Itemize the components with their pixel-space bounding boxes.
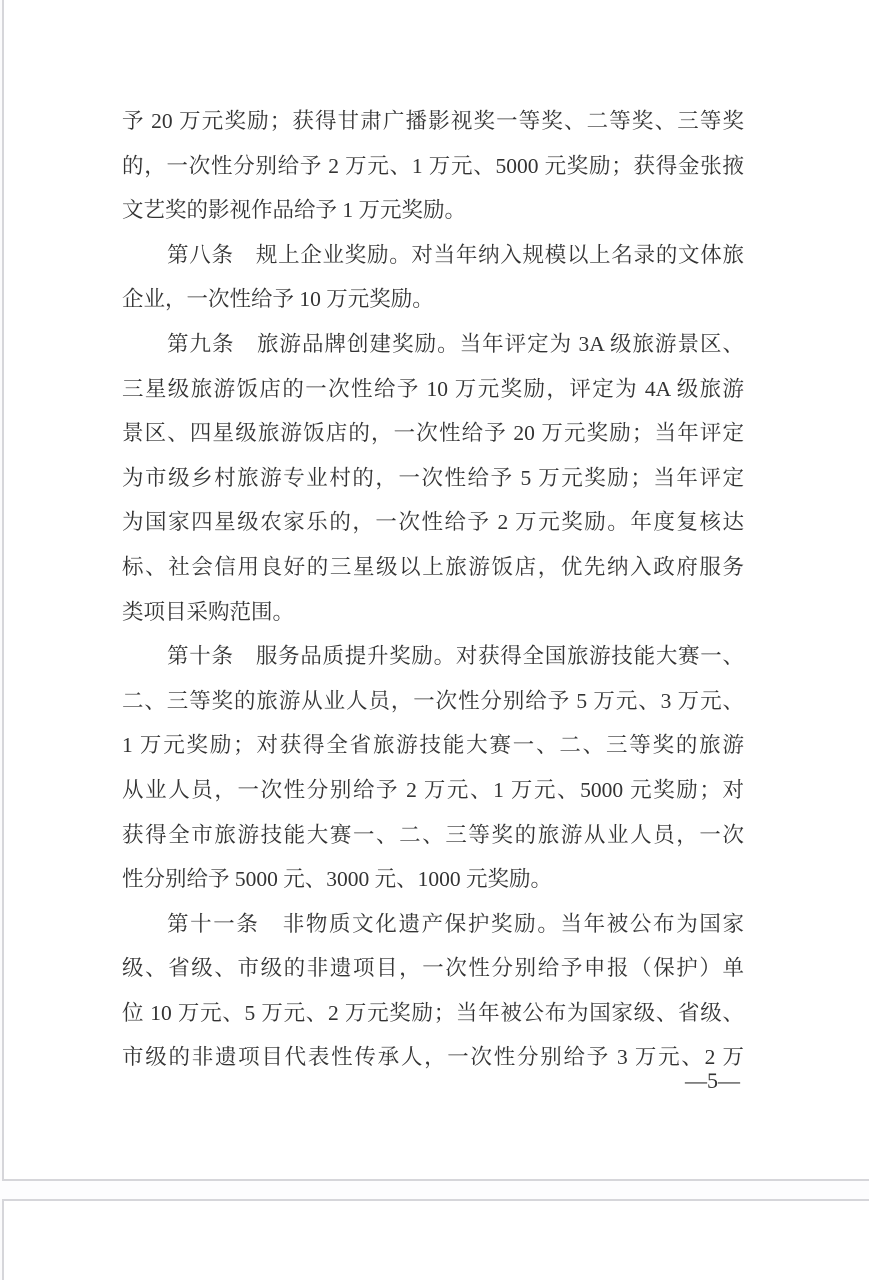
text-line: 第九条 旅游品牌创建奖励。当年评定为 3A 级旅游景区、 bbox=[122, 322, 744, 367]
text-line: 第十条 服务品质提升奖励。对获得全国旅游技能大赛一、 bbox=[122, 634, 744, 679]
text-line: 1 万元奖励；对获得全省旅游技能大赛一、二、三等奖的旅游 bbox=[122, 723, 744, 768]
text-line: 标、社会信用良好的三星级以上旅游饭店，优先纳入政府服务 bbox=[122, 545, 744, 590]
text-line: 为市级乡村旅游专业村的，一次性给予 5 万元奖励；当年评定 bbox=[122, 456, 744, 501]
text-line: 级、省级、市级的非遗项目，一次性分别给予申报（保护）单 bbox=[122, 946, 744, 991]
text-line: 企业，一次性给予 10 万元奖励。 bbox=[122, 277, 744, 322]
page-gap bbox=[0, 1181, 869, 1199]
text-line: 景区、四星级旅游饭店的，一次性给予 20 万元奖励；当年评定 bbox=[122, 411, 744, 456]
text-line: 三星级旅游饭店的一次性给予 10 万元奖励，评定为 4A 级旅游 bbox=[122, 367, 744, 412]
document-page-6-partial bbox=[2, 1199, 869, 1280]
page-number: —5— bbox=[685, 1066, 740, 1096]
text-line: 市级的非遗项目代表性传承人，一次性分别给予 3 万元、2 万 bbox=[122, 1035, 744, 1080]
text-block: 予 20 万元奖励；获得甘肃广播影视奖一等奖、二等奖、三等奖的，一次性分别给予 … bbox=[122, 99, 744, 1080]
text-line: 的，一次性分别给予 2 万元、1 万元、5000 元奖励；获得金张掖 bbox=[122, 144, 744, 189]
text-line: 为国家四星级农家乐的，一次性给予 2 万元奖励。年度复核达 bbox=[122, 500, 744, 545]
document-page-5: 予 20 万元奖励；获得甘肃广播影视奖一等奖、二等奖、三等奖的，一次性分别给予 … bbox=[2, 0, 869, 1181]
text-line: 类项目采购范围。 bbox=[122, 590, 744, 635]
text-line: 从业人员，一次性分别给予 2 万元、1 万元、5000 元奖励；对 bbox=[122, 768, 744, 813]
text-line: 性分别给予 5000 元、3000 元、1000 元奖励。 bbox=[122, 857, 744, 902]
text-line: 第八条 规上企业奖励。对当年纳入规模以上名录的文体旅 bbox=[122, 233, 744, 278]
text-line: 文艺奖的影视作品给予 1 万元奖励。 bbox=[122, 188, 744, 233]
document-viewer: 予 20 万元奖励；获得甘肃广播影视奖一等奖、二等奖、三等奖的，一次性分别给予 … bbox=[0, 0, 869, 1280]
text-line: 位 10 万元、5 万元、2 万元奖励；当年被公布为国家级、省级、 bbox=[122, 991, 744, 1036]
text-line: 获得全市旅游技能大赛一、二、三等奖的旅游从业人员，一次 bbox=[122, 813, 744, 858]
text-line: 二、三等奖的旅游从业人员，一次性分别给予 5 万元、3 万元、 bbox=[122, 679, 744, 724]
text-line: 第十一条 非物质文化遗产保护奖励。当年被公布为国家 bbox=[122, 902, 744, 947]
text-line: 予 20 万元奖励；获得甘肃广播影视奖一等奖、二等奖、三等奖 bbox=[122, 99, 744, 144]
